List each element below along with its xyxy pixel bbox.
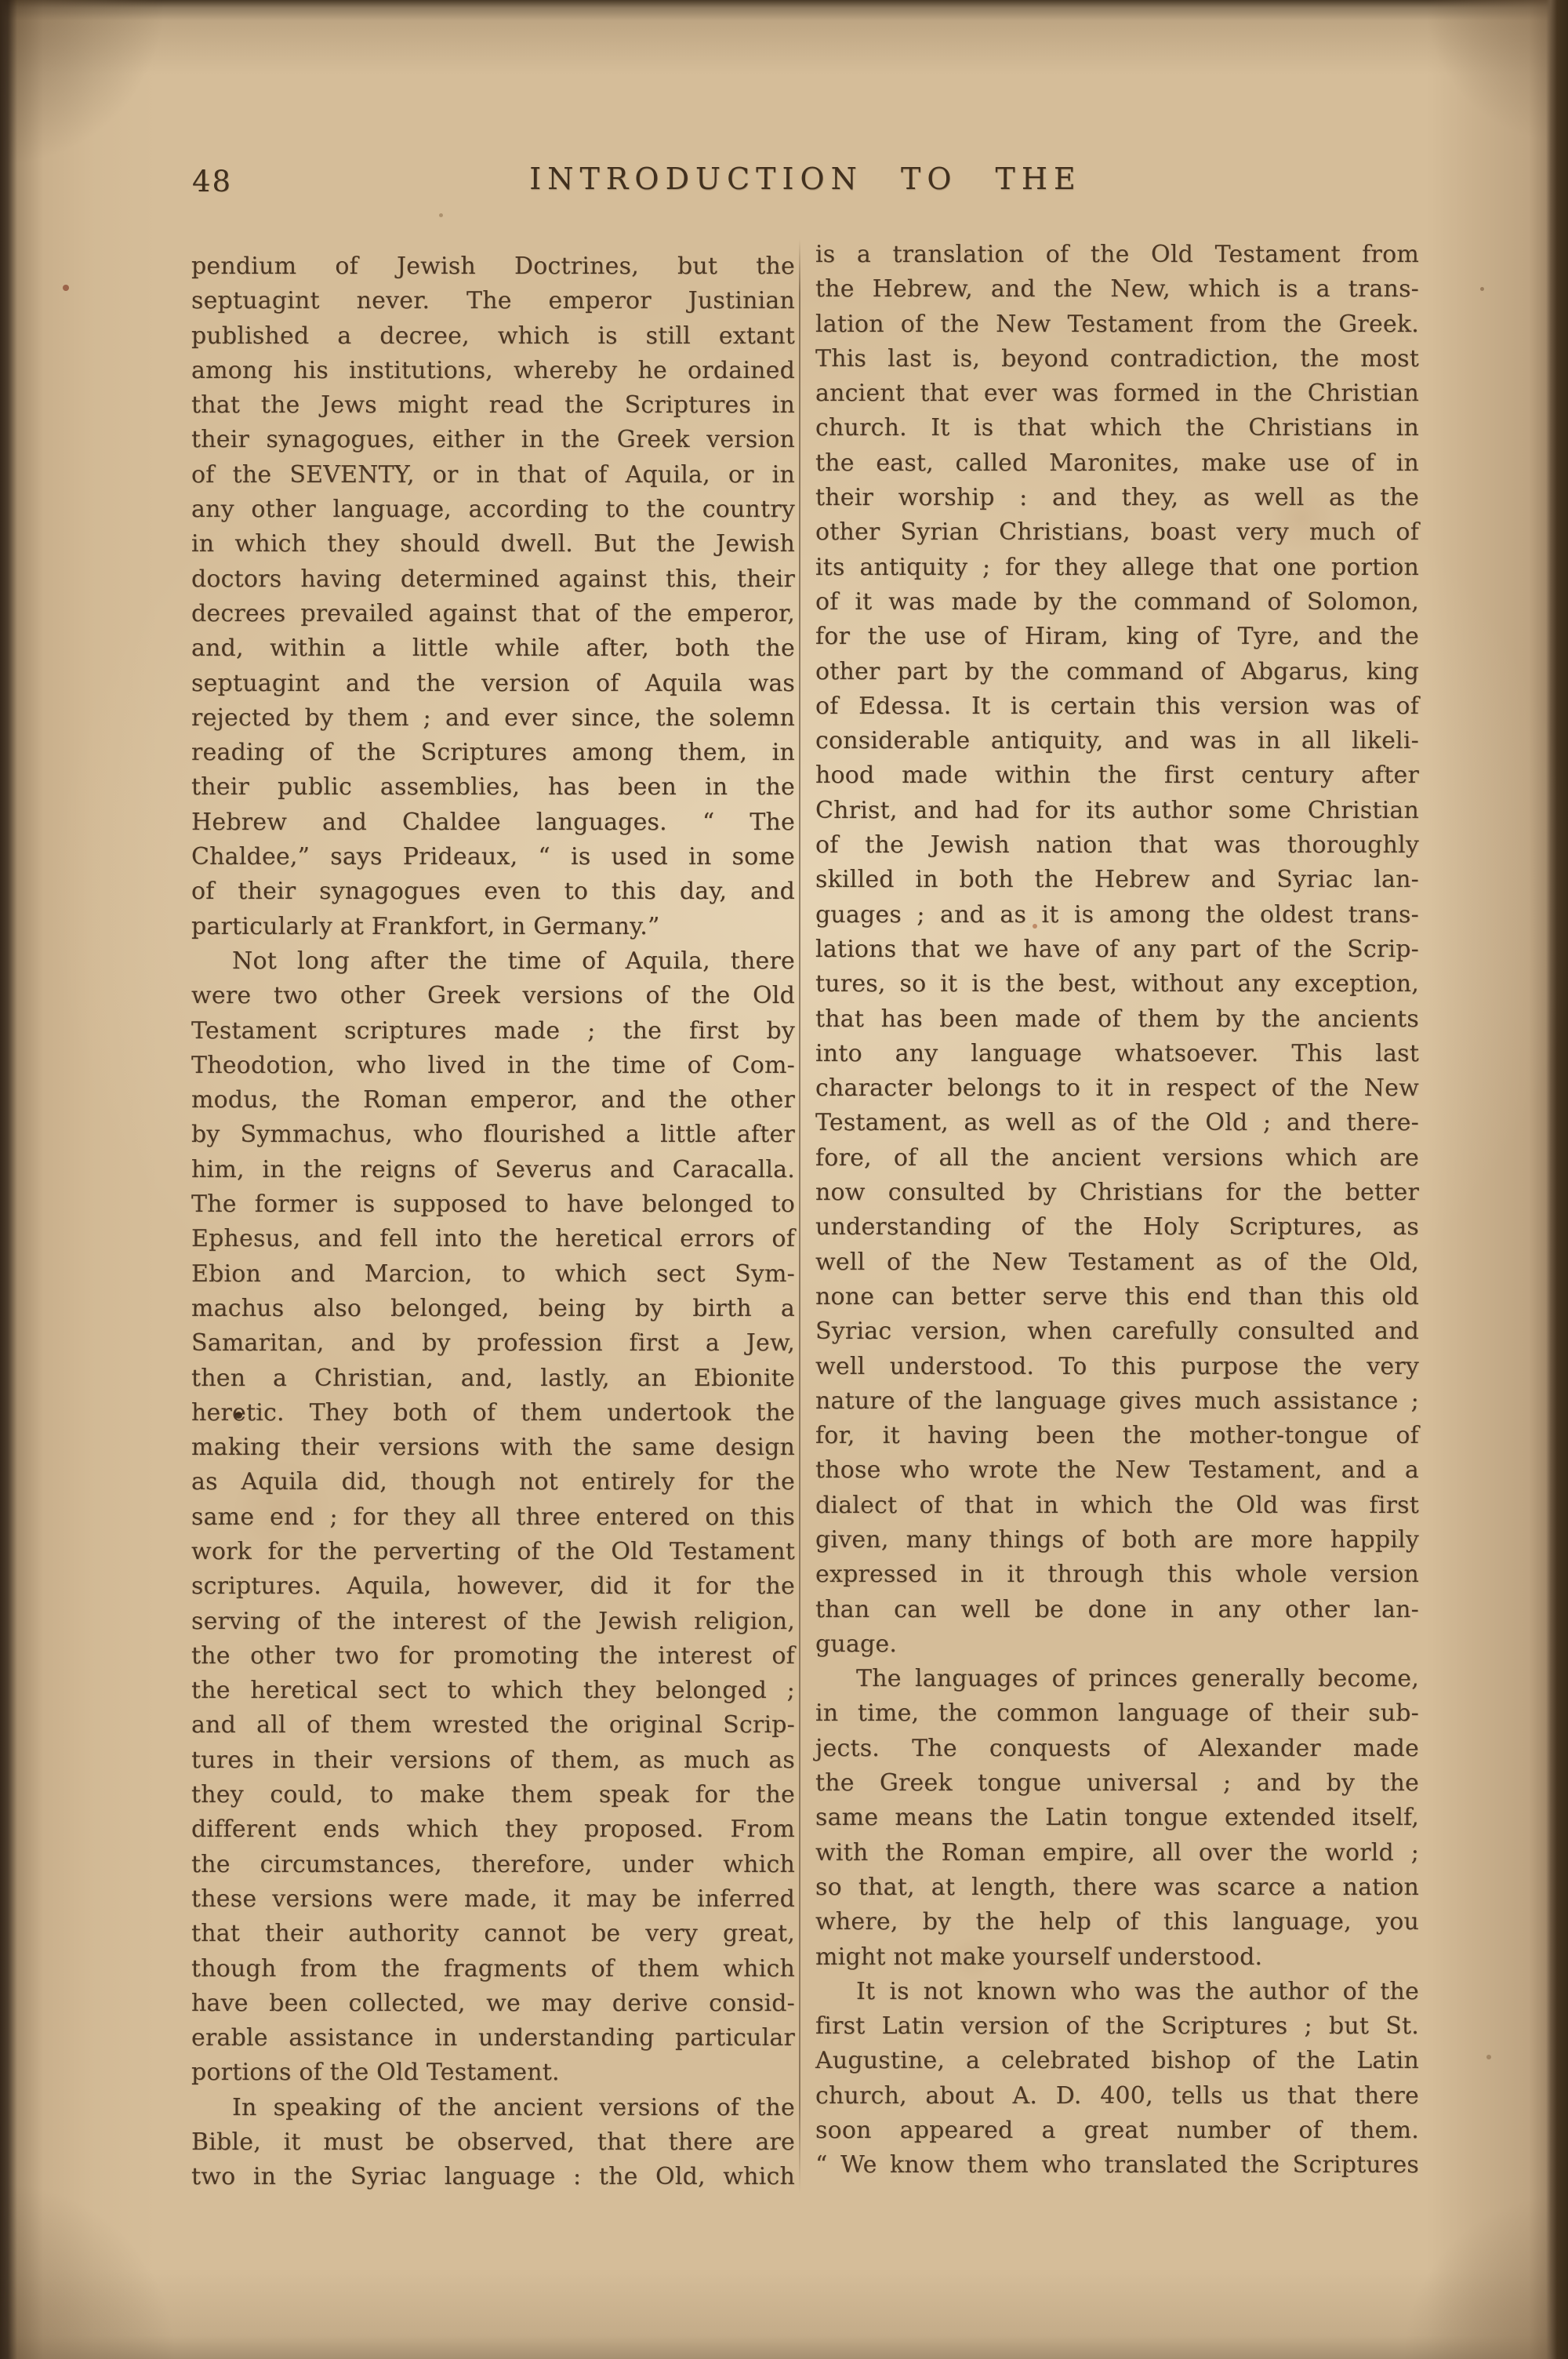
column-divider-rule	[799, 239, 800, 2194]
text-line: Theodotion, who lived in the time of Com…	[191, 1049, 795, 1083]
text-line: The former is supposed to have belonged …	[191, 1187, 795, 1222]
text-line: other part by the command of Abgarus, ki…	[815, 655, 1419, 689]
text-line: the other two for promoting the interest…	[191, 1639, 795, 1674]
text-line: skilled in both the Hebrew and Syriac la…	[815, 863, 1419, 897]
ink-speck	[235, 1412, 242, 1419]
text-line: Testament, as well as of the Old ; and t…	[815, 1106, 1419, 1140]
text-line: the heretical sect to which they belonge…	[191, 1674, 795, 1708]
text-line: septuagint never. The emperor Justinian	[191, 284, 795, 318]
text-line: erable assistance in understanding parti…	[191, 2021, 795, 2055]
text-line: making their versions with the same desi…	[191, 1430, 795, 1465]
text-line: Christ, and had for its author some Chri…	[815, 794, 1419, 828]
text-line: It is not known who was the author of th…	[815, 1975, 1419, 2009]
ink-speck	[1486, 2055, 1491, 2059]
text-line: first Latin version of the Scriptures ; …	[815, 2009, 1419, 2044]
book-scan-page: { "page": { "number": "48", "running_tit…	[0, 0, 1568, 2359]
text-line: their worship : and they, as well as the	[815, 481, 1419, 515]
text-line: pendium of Jewish Doctrines, but the	[191, 249, 795, 284]
text-line: by Symmachus, who flourished a little af…	[191, 1118, 795, 1152]
ink-speck	[439, 213, 443, 217]
text-line: guage.	[815, 1627, 1419, 1662]
text-line: its antiquity ; for they allege that one…	[815, 551, 1419, 585]
text-line: Hebrew and Chaldee languages. “ The	[191, 805, 795, 840]
text-line: Syriac version, when carefully consulted…	[815, 1314, 1419, 1349]
text-line: This last is, beyond contradiction, the …	[815, 342, 1419, 376]
text-line: Testament scriptures made ; the first by	[191, 1014, 795, 1049]
text-line: lations that we have of any part of the …	[815, 932, 1419, 967]
text-line: portions of the Old Testament.	[191, 2055, 795, 2090]
text-line: fore, of all the ancient versions which …	[815, 1141, 1419, 1176]
text-line: among his institutions, whereby he ordai…	[191, 354, 795, 388]
text-line: lation of the New Testament from the Gre…	[815, 307, 1419, 342]
text-line: machus also belonged, being by birth a	[191, 1292, 795, 1326]
text-line: as Aquila did, though not entirely for t…	[191, 1465, 795, 1499]
text-line: that the Jews might read the Scriptures …	[191, 388, 795, 423]
text-line: well understood. To this purpose the ver…	[815, 1350, 1419, 1384]
text-line: considerable antiquity, and was in all l…	[815, 724, 1419, 758]
text-line: have been collected, we may derive consi…	[191, 1986, 795, 2021]
text-line: soon appeared a great number of them.	[815, 2114, 1419, 2148]
text-line: heretic. They both of them undertook the	[191, 1396, 795, 1430]
text-line: were two other Greek versions of the Old	[191, 979, 795, 1013]
ink-speck	[1033, 924, 1037, 929]
text-line: than can well be done in any other lan-	[815, 1593, 1419, 1627]
text-line: doctors having determined against this, …	[191, 562, 795, 597]
text-line: for the use of Hiram, king of Tyre, and …	[815, 620, 1419, 654]
text-line: of it was made by the command of Solomon…	[815, 585, 1419, 620]
text-line: guages ; and as it is among the oldest t…	[815, 898, 1419, 932]
text-line: reading of the Scriptures among them, in	[191, 736, 795, 770]
text-line: and all of them wrested the original Scr…	[191, 1708, 795, 1743]
text-line: different ends which they proposed. From	[191, 1812, 795, 1847]
text-line: same means the Latin tongue extended its…	[815, 1801, 1419, 1835]
text-line: him, in the reigns of Severus and Caraca…	[191, 1153, 795, 1187]
text-line: given, many things of both are more happ…	[815, 1523, 1419, 1558]
text-line: where, by the help of this language, you	[815, 1905, 1419, 1939]
text-line: might not make yourself understood.	[815, 1940, 1419, 1975]
text-line: same end ; for they all three entered on…	[191, 1500, 795, 1535]
left-text-column: pendium of Jewish Doctrines, but thesept…	[191, 249, 795, 2195]
page-paper: 48 INTRODUCTION TO THE pendium of Jewish…	[0, 0, 1568, 2359]
text-line: Ebion and Marcion, to which sect Sym-	[191, 1257, 795, 1292]
text-line: those who wrote the New Testament, and a	[815, 1453, 1419, 1488]
text-line: Bible, it must be observed, that there a…	[191, 2125, 795, 2160]
text-line: The languages of princes generally becom…	[815, 1662, 1419, 1696]
text-line: septuagint and the version of Aquila was	[191, 667, 795, 701]
text-line: though from the fragments of them which	[191, 1952, 795, 1986]
text-line: now consulted by Christians for the bett…	[815, 1176, 1419, 1210]
text-line: for, it having been the mother-tongue of	[815, 1419, 1419, 1453]
text-line: of the Jewish nation that was thoroughly	[815, 828, 1419, 863]
running-title: INTRODUCTION TO THE	[191, 162, 1421, 196]
text-line: Augustine, a celebrated bishop of the La…	[815, 2044, 1419, 2078]
text-line: that their authority cannot be very grea…	[191, 1917, 795, 1951]
text-line: none can better serve this end than this…	[815, 1280, 1419, 1314]
text-line: then a Christian, and, lastly, an Ebioni…	[191, 1361, 795, 1396]
text-line: rejected by them ; and ever since, the s…	[191, 701, 795, 736]
text-line: their synagogues, either in the Greek ve…	[191, 423, 795, 457]
text-line: the Greek tongue universal ; and by the	[815, 1766, 1419, 1801]
text-line: modus, the Roman emperor, and the other	[191, 1083, 795, 1118]
text-line: and, within a little while after, both t…	[191, 631, 795, 666]
text-line: of Edessa. It is certain this version wa…	[815, 689, 1419, 724]
text-line: that has been made of them by the ancien…	[815, 1002, 1419, 1037]
text-line: in time, the common language of their su…	[815, 1696, 1419, 1731]
text-line: with the Roman empire, all over the worl…	[815, 1836, 1419, 1870]
text-line: the Hebrew, and the New, which is a tran…	[815, 272, 1419, 307]
text-line: tures in their versions of them, as much…	[191, 1743, 795, 1778]
text-line: their public assemblies, has been in the	[191, 770, 795, 805]
ink-speck	[1480, 287, 1484, 291]
text-line: “ We know them who translated the Script…	[815, 2148, 1419, 2183]
text-line: jects. The conquests of Alexander made	[815, 1732, 1419, 1766]
text-line: Chaldee,” says Prideaux, “ is used in so…	[191, 840, 795, 874]
text-line: of the SEVENTY, or in that of Aquila, or…	[191, 458, 795, 493]
text-line: these versions were made, it may be infe…	[191, 1882, 795, 1917]
text-line: tures, so it is the best, without any ex…	[815, 967, 1419, 1001]
text-line: character belongs to it in respect of th…	[815, 1071, 1419, 1106]
text-line: the east, called Maronites, make use of …	[815, 446, 1419, 481]
text-line: in which they should dwell. But the Jewi…	[191, 527, 795, 562]
text-line: In speaking of the ancient versions of t…	[191, 2091, 795, 2125]
text-line: they could, to make them speak for the	[191, 1778, 795, 1812]
text-line: serving of the interest of the Jewish re…	[191, 1605, 795, 1639]
text-line: well of the New Testament as of the Old,	[815, 1245, 1419, 1280]
text-line: expressed in it through this whole versi…	[815, 1558, 1419, 1592]
text-line: of their synagogues even to this day, an…	[191, 874, 795, 909]
text-line: dialect of that in which the Old was fir…	[815, 1488, 1419, 1523]
text-line: published a decree, which is still extan…	[191, 319, 795, 354]
text-line: decrees prevailed against that of the em…	[191, 597, 795, 631]
text-line: understanding of the Holy Scriptures, as	[815, 1210, 1419, 1245]
text-line: scriptures. Aquila, however, did it for …	[191, 1569, 795, 1604]
text-line: nature of the language gives much assist…	[815, 1384, 1419, 1419]
text-line: so that, at length, there was scarce a n…	[815, 1870, 1419, 1905]
text-line: ancient that ever was formed in the Chri…	[815, 376, 1419, 411]
text-line: church, about A. D. 400, tells us that t…	[815, 2079, 1419, 2114]
text-line: church. It is that which the Christians …	[815, 411, 1419, 445]
text-line: into any language whatsoever. This last	[815, 1037, 1419, 1071]
text-line: Ephesus, and fell into the heretical err…	[191, 1222, 795, 1256]
text-line: particularly at Frankfort, in Germany.”	[191, 910, 795, 944]
text-line: the circumstances, therefore, under whic…	[191, 1848, 795, 1882]
text-line: is a translation of the Old Testament fr…	[815, 238, 1419, 272]
text-line: work for the perverting of the Old Testa…	[191, 1535, 795, 1569]
ink-speck	[63, 285, 69, 291]
text-line: Samaritan, and by profession first a Jew…	[191, 1326, 795, 1361]
right-text-column: is a translation of the Old Testament fr…	[815, 238, 1419, 2183]
text-line: other Syrian Christians, boast very much…	[815, 515, 1419, 550]
text-line: two in the Syriac language : the Old, wh…	[191, 2160, 795, 2194]
text-line: Not long after the time of Aquila, there	[191, 944, 795, 979]
text-line: any other language, according to the cou…	[191, 493, 795, 527]
text-line: hood made within the first century after	[815, 758, 1419, 793]
